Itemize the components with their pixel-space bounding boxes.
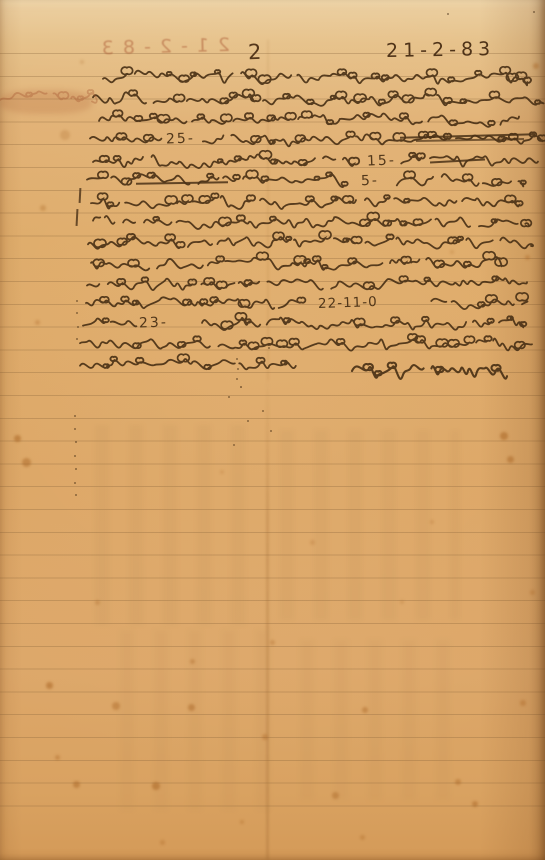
ink-speck xyxy=(233,444,235,446)
bleed-through-smudge xyxy=(300,640,470,800)
ink-speck xyxy=(74,428,76,430)
foxing-spot xyxy=(22,458,31,467)
ink-speck xyxy=(447,13,449,15)
foxing-spot xyxy=(46,682,53,689)
page-number: 2 xyxy=(248,40,263,64)
handwriting-line-15: படி செய்ய வேண்டும் xyxy=(80,352,302,378)
ink-speck xyxy=(76,300,78,302)
foxing-spot xyxy=(55,755,60,760)
margin-mark-bar-2: ‖ xyxy=(76,209,79,226)
foxing-spot xyxy=(152,782,160,790)
letter-date: 21-2-83 xyxy=(386,38,496,62)
foxing-spot xyxy=(530,590,535,595)
inline-number-rupees-23: 23- xyxy=(139,315,168,332)
margin-mark-bar-1: ‖ xyxy=(79,188,82,203)
ink-speck xyxy=(270,430,272,432)
mirrored-ink-offset-date: 21-2-83 xyxy=(70,34,231,60)
ink-speck xyxy=(76,338,78,340)
ink-speck xyxy=(75,441,77,443)
foxing-spot xyxy=(220,470,224,474)
ink-speck xyxy=(247,420,249,422)
foxing-spot xyxy=(95,600,100,605)
foxing-spot xyxy=(190,659,195,664)
ink-speck xyxy=(77,326,79,328)
bleed-through-smudge xyxy=(95,425,245,625)
foxing-spot xyxy=(500,432,508,440)
foxing-spot xyxy=(160,840,165,845)
signature: சி. தியாகராசன் xyxy=(352,362,507,388)
ink-speck xyxy=(74,455,76,457)
handwriting-stroke xyxy=(0,86,92,112)
bleed-through-smudge xyxy=(120,630,280,810)
foxing-spot xyxy=(533,63,539,69)
inline-number-rupees-22-11-0: 22-11-0 xyxy=(318,294,378,312)
foxing-spot xyxy=(310,540,315,545)
foxing-spot xyxy=(60,130,70,140)
foxing-spot xyxy=(430,520,434,524)
ink-speck xyxy=(74,415,76,417)
foxing-spot xyxy=(270,640,275,645)
foxing-spot xyxy=(112,702,120,710)
foxing-spot xyxy=(507,456,514,463)
foxing-spot xyxy=(73,781,80,788)
foxing-spot xyxy=(400,600,404,604)
inline-number-25: 25- xyxy=(166,131,195,148)
ink-speck xyxy=(74,482,76,484)
foxing-spot xyxy=(240,820,244,824)
ink-speck xyxy=(533,11,535,13)
foxing-spot xyxy=(362,707,368,713)
foxing-spot xyxy=(360,835,365,840)
ink-speck xyxy=(240,386,242,388)
letter-page: 21-2-83 2 21-2-83 ம-ரா-ரா-ஸ்ரீ அவர்களுக்… xyxy=(0,0,545,860)
ink-speck xyxy=(76,312,78,314)
foxing-spot xyxy=(520,700,526,706)
foxing-spot xyxy=(455,779,461,785)
ink-speck xyxy=(236,378,238,380)
foxing-spot xyxy=(80,60,84,64)
foxing-spot xyxy=(188,704,195,711)
foxing-spot xyxy=(35,320,40,325)
ghost-handwriting-left-edge xyxy=(0,86,92,112)
foxing-spot xyxy=(14,435,21,442)
foxing-spot xyxy=(40,205,46,211)
ink-speck xyxy=(262,410,264,412)
ink-speck xyxy=(75,494,77,496)
handwriting-stroke xyxy=(352,362,507,388)
foxing-spot xyxy=(332,792,339,799)
bleed-through-smudge xyxy=(280,430,460,620)
foxing-spot xyxy=(472,801,478,807)
ink-speck xyxy=(75,468,77,470)
inline-number-5: 5- xyxy=(361,173,380,190)
vertical-fold-crease xyxy=(266,372,269,860)
inline-number-15: 15- xyxy=(367,153,396,170)
ink-speck xyxy=(228,396,230,398)
handwriting-stroke xyxy=(80,352,302,378)
